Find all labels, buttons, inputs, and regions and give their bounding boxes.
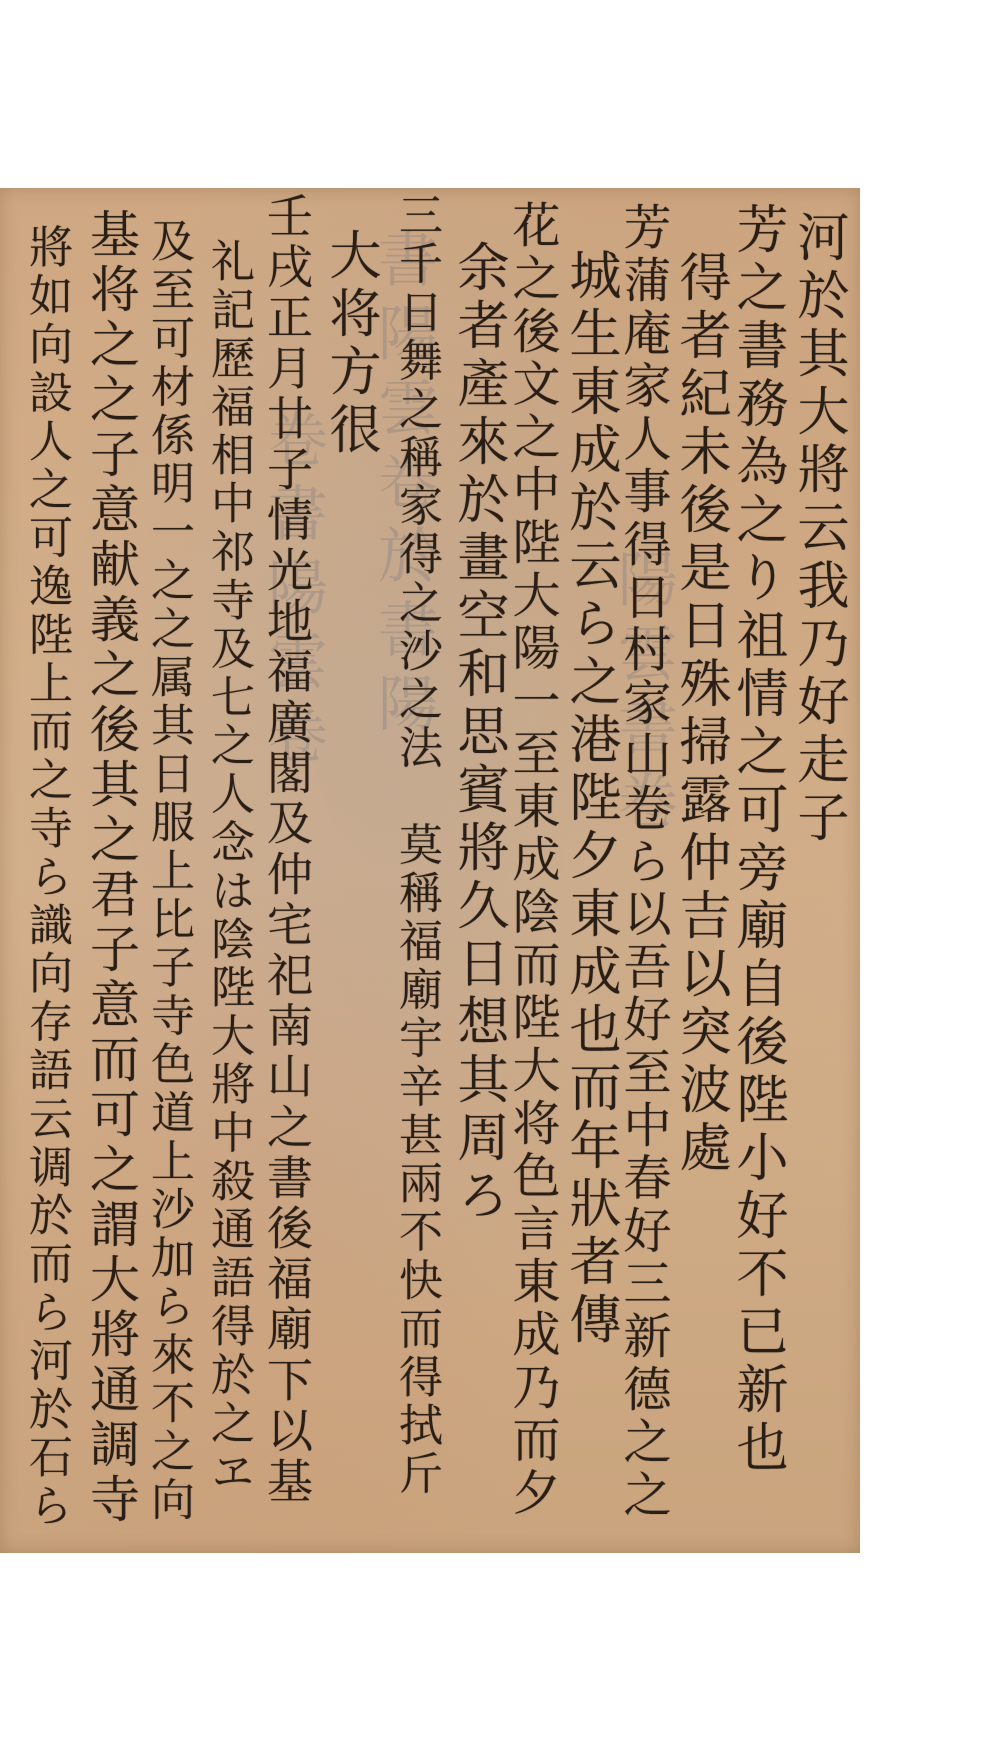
text-column-14: 將如向設人之可逸陛上而之寺ら識向存語云调於而ら河於石ら: [24, 224, 68, 1531]
text-column-5: 城生東成於云ら之港陛夕東成也而年狀者傳: [564, 248, 616, 1350]
text-column-7: 余者產來於畫空和思賓將久日想其周ろ: [452, 240, 504, 1226]
text-column-3: 得者紀未後是日殊掃露仲吉以突波處: [674, 250, 726, 1178]
text-column-8: 三千日舞之稱家得之沙之法 莫稱福廟宇辛甚兩不快而得拭斤: [394, 192, 438, 1499]
text-column-11: 礼記歷福相中祁寺及七之人念は陰陛大將中殺通語得於之ヱ: [206, 238, 250, 1496]
text-column-1: 河於其大將云我乃好走子: [792, 210, 844, 848]
text-column-10: 壬戌正月廿子情光地福廣閣及仲宅祀南山之書後福廟下以基: [264, 192, 310, 1508]
text-column-2: 芳之書務為之り祖情之可旁廟自後陛小好不已新也: [731, 202, 783, 1478]
text-column-13: 基将之之子意献義之後其之君子意而可之謂大將通調寺: [86, 208, 136, 1528]
manuscript-page: 書陽雲卷於書陽 卷書陽雲卷 陽雲書卷 河於其大將云我乃好走子 芳之書務為之り祖情…: [0, 188, 860, 1553]
text-column-4: 芳蒲庵家人事得日村家山卷ら以吾好至中春好三新德之之: [619, 202, 667, 1522]
text-column-6: 花之後文之中陛大陽一至東成陰而陛大将色言東成乃而夕: [508, 200, 556, 1520]
text-column-9: 大将方很: [324, 228, 376, 460]
text-column-12: 及至可材係明一之之属其日服上比子寺色道上沙加ら來不之向: [146, 218, 190, 1525]
